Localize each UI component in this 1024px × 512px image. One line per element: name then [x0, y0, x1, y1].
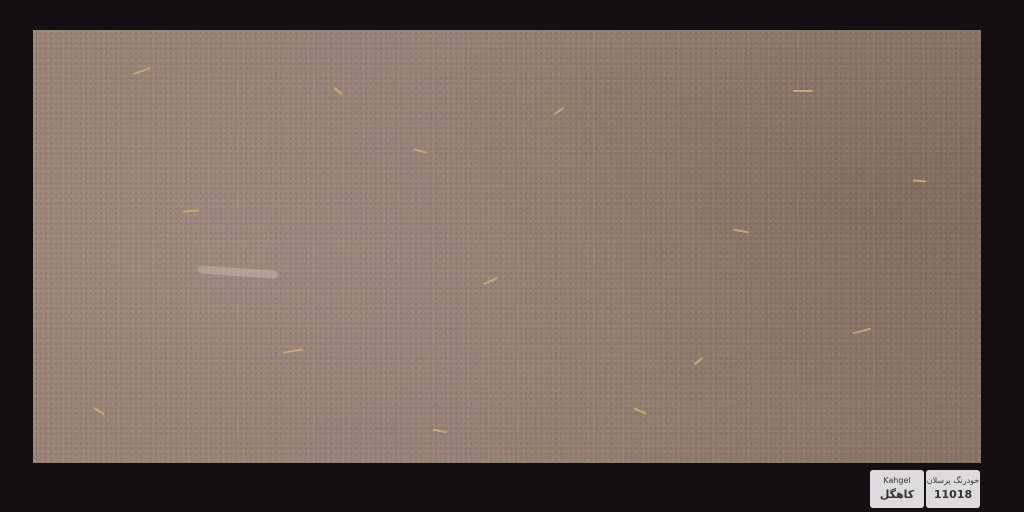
straw-fiber [554, 107, 565, 116]
label-product-type: خودرنگ پرسلان [927, 475, 979, 487]
straw-fiber [633, 407, 647, 415]
name-label: Kahgel کاهگل [870, 470, 924, 508]
label-english-name: Kahgel [883, 475, 910, 487]
straw-fiber [133, 67, 151, 75]
straw-fiber [793, 90, 813, 92]
straw-fiber [283, 348, 303, 353]
straw-fiber [183, 209, 199, 212]
label-product-code: 11018 [934, 487, 972, 503]
straw-fiber [733, 229, 749, 234]
straw-fiber [483, 277, 497, 285]
code-label: خودرنگ پرسلان 11018 [926, 470, 980, 508]
straw-fiber [853, 328, 871, 335]
kahgel-sample-panel [33, 30, 981, 463]
straw-fiber [433, 429, 447, 434]
straw-fiber [913, 179, 926, 182]
straw-fiber [334, 87, 343, 95]
label-persian-name: کاهگل [880, 487, 914, 503]
straw-fiber [93, 407, 104, 415]
straw-fiber [413, 148, 427, 154]
straw-fiber [694, 357, 704, 366]
surface-streak [198, 265, 278, 279]
